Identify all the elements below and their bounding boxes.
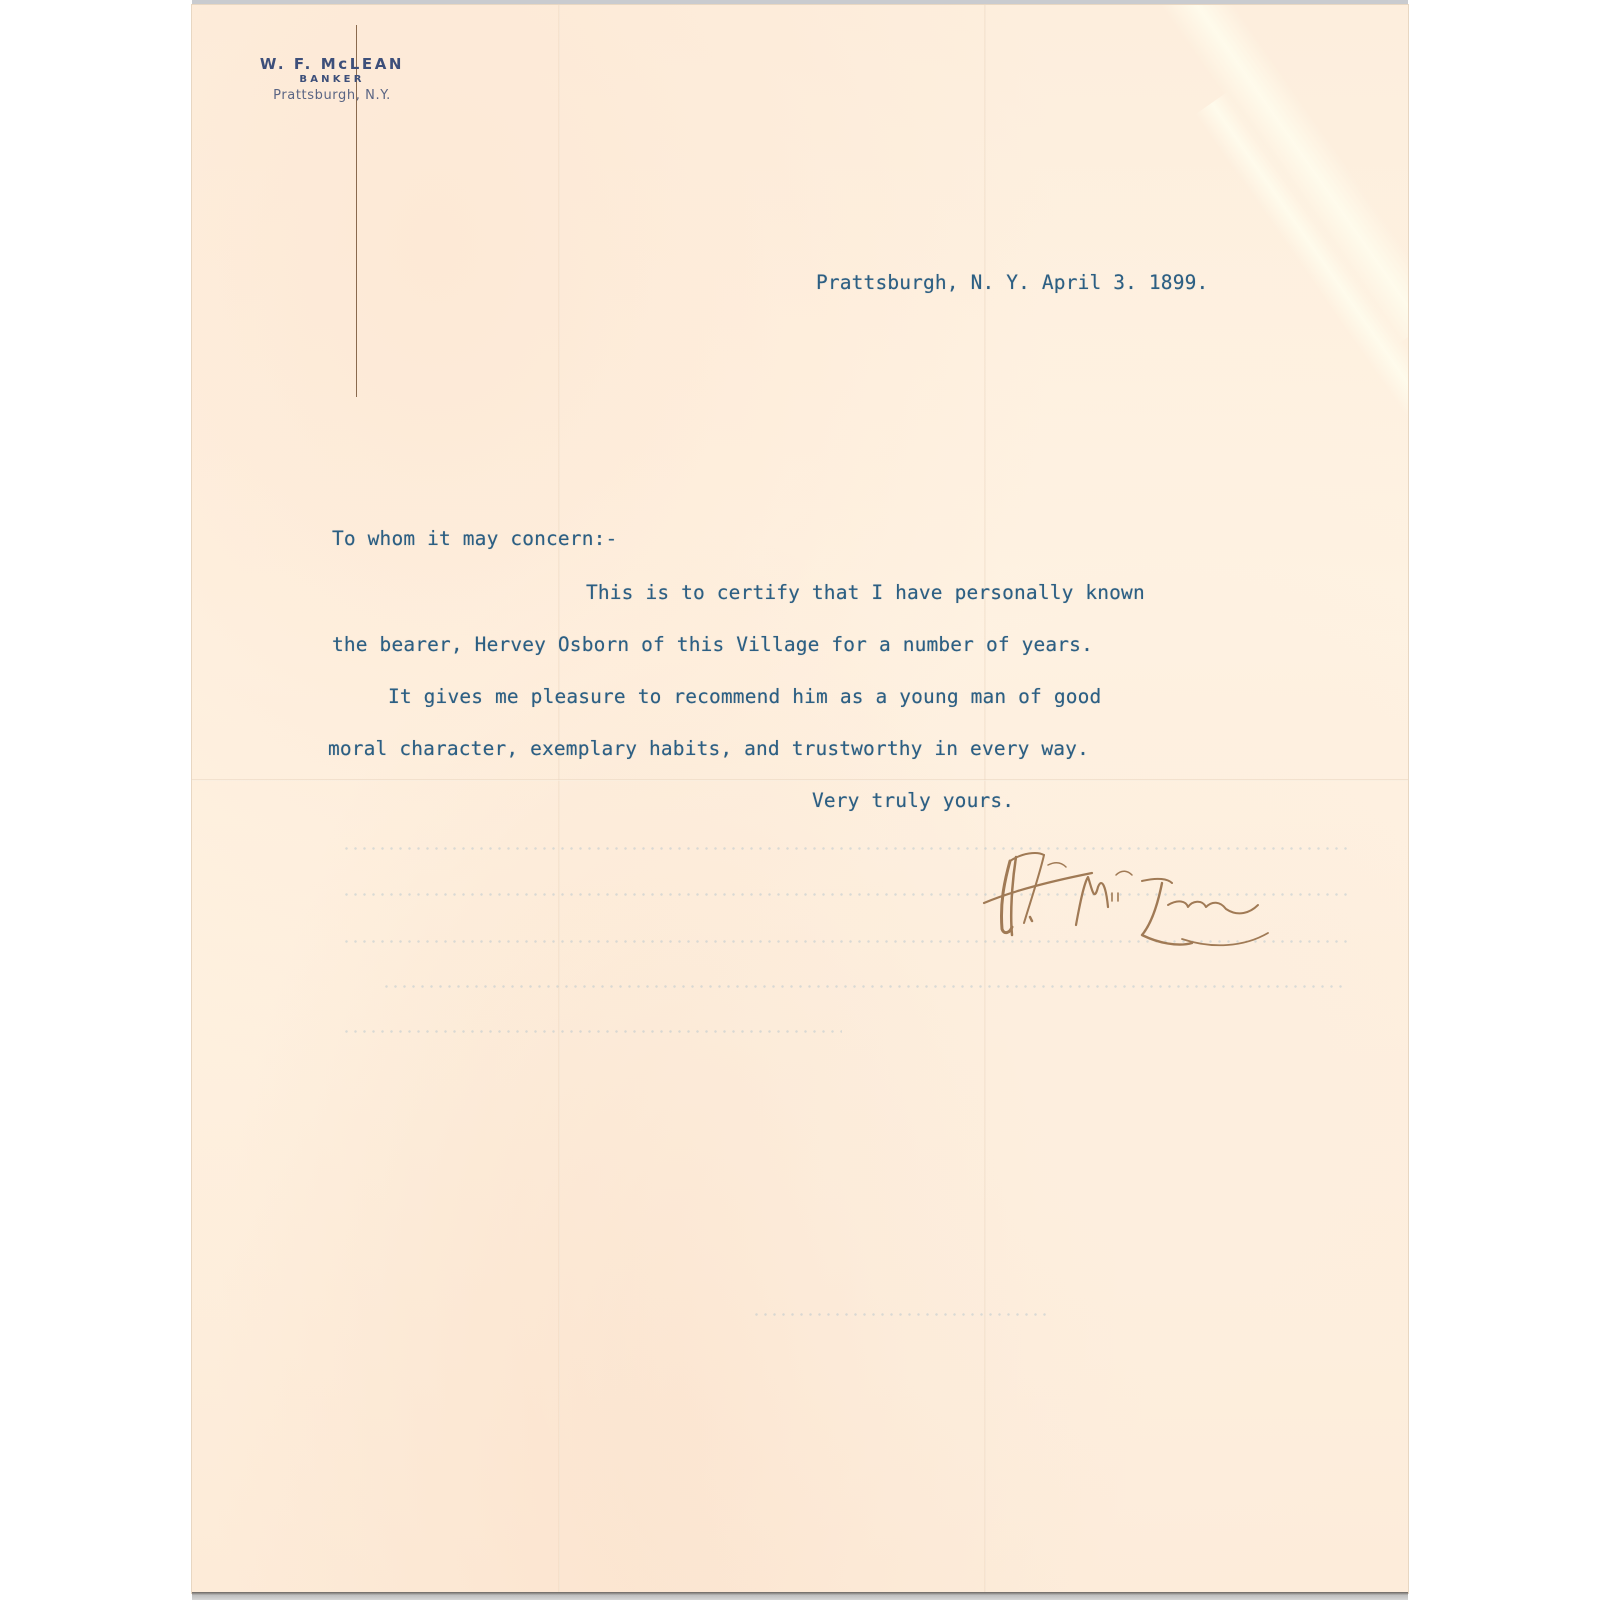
letterhead: W. F. McLEAN BANKER Prattsburgh, N.Y. [242, 55, 422, 105]
signature-icon [982, 843, 1272, 953]
letterhead-place: Prattsburgh, N.Y. [242, 87, 422, 105]
closing: Very truly yours. [812, 789, 1014, 812]
body-line-1: This is to certify that I have personall… [586, 581, 1145, 604]
letterhead-title: BANKER [242, 73, 422, 87]
body-line-3: It gives me pleasure to recommend him as… [388, 685, 1101, 708]
letterhead-name: W. F. McLEAN [242, 55, 422, 73]
fold-line-vertical-left [558, 5, 560, 1593]
bleed-through-text [342, 1030, 842, 1033]
body-line-4: moral character, exemplary habits, and t… [328, 737, 1089, 760]
bleed-through-text [752, 1313, 1052, 1316]
scan-edge-bottom [192, 1592, 1408, 1600]
bleed-through-text [382, 985, 1342, 988]
letter-page: W. F. McLEAN BANKER Prattsburgh, N.Y. Pr… [192, 5, 1408, 1593]
fold-line-horizontal [192, 779, 1408, 781]
body-line-2: the bearer, Hervey Osborn of this Villag… [332, 633, 1093, 656]
salutation: To whom it may concern:- [332, 527, 617, 550]
dateline: Prattsburgh, N. Y. April 3. 1899. [816, 271, 1208, 294]
